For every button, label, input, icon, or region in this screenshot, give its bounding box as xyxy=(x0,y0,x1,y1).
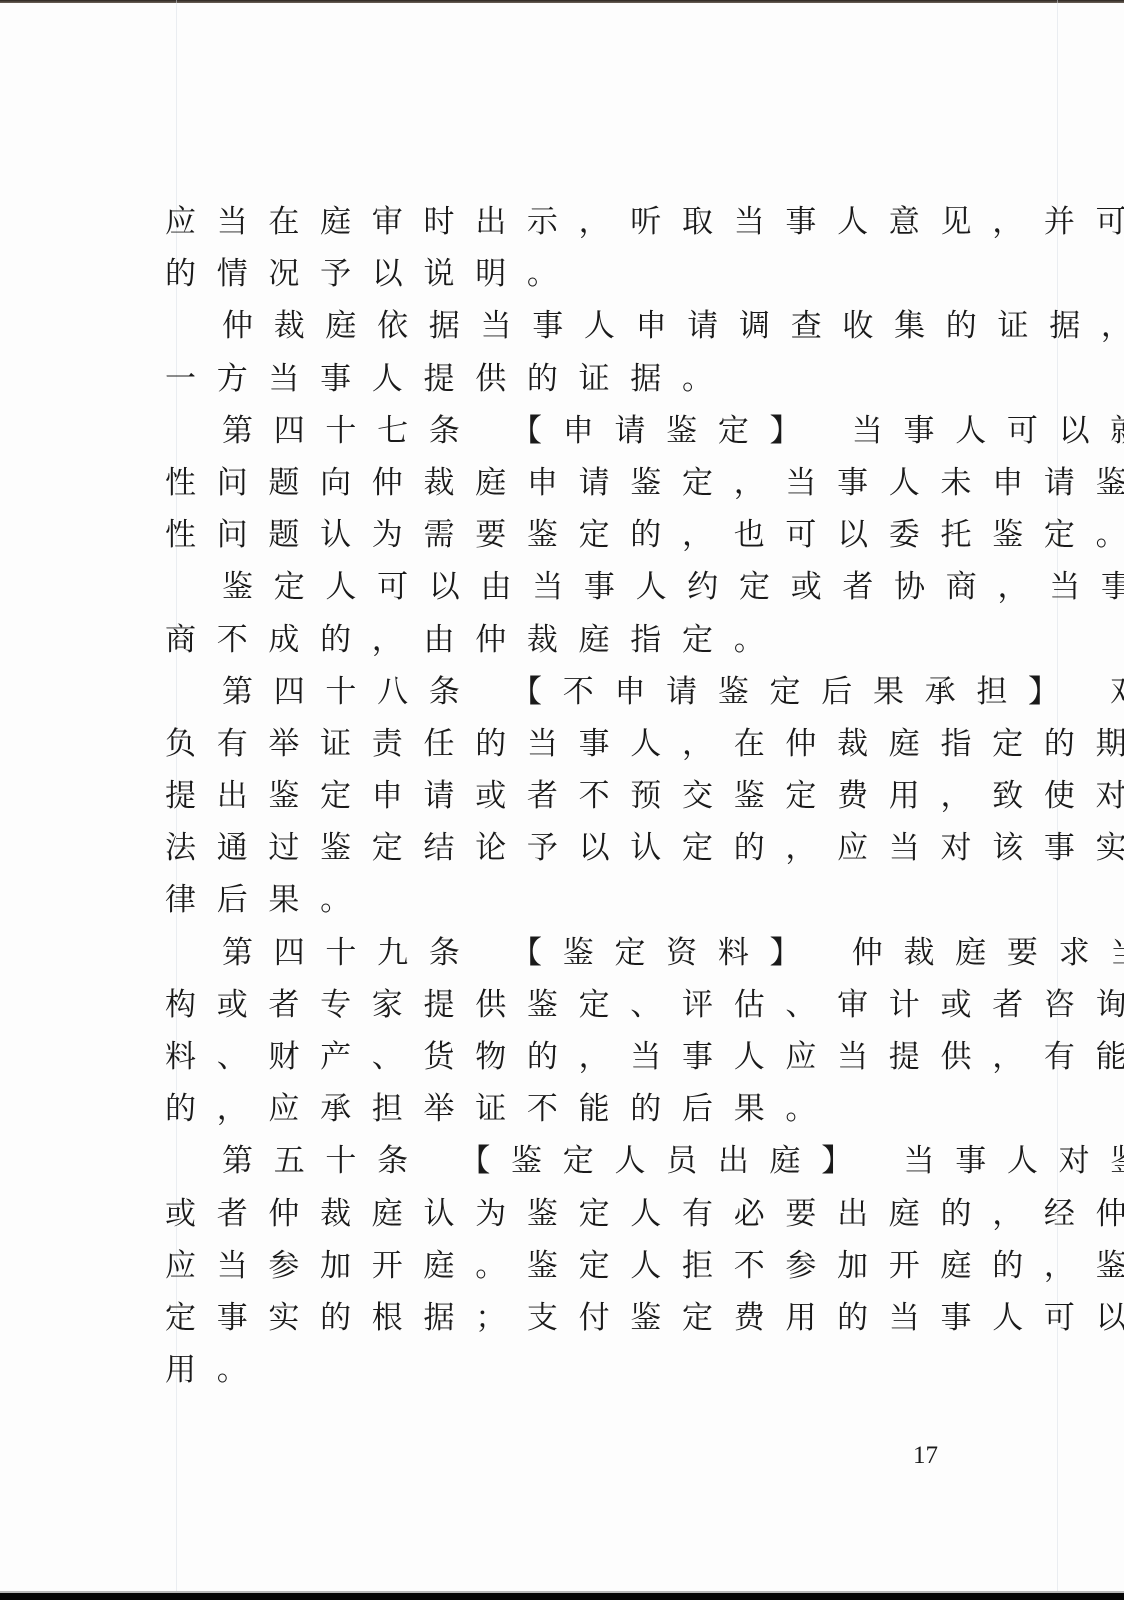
document-body: 应当在庭审时出示，听取当事人意见，并可就调查收集该证据 的情况予以说明。 仲裁庭… xyxy=(165,196,965,1396)
article-48-heading-line: 第四十八条 【不申请鉴定后果承担】 对需要鉴定的事项 xyxy=(165,666,965,718)
text-line: 提出鉴定申请或者不预交鉴定费用，致使对案件争议的事实无 xyxy=(165,770,965,822)
paragraph-start-line: 仲裁庭依据当事人申请调查收集的证据，作为提出申请的 xyxy=(165,300,965,352)
text-line: 用。 xyxy=(165,1344,965,1396)
text-line: 性问题认为需要鉴定的，也可以委托鉴定。 xyxy=(165,509,965,561)
text-line: 性问题向仲裁庭申请鉴定，当事人未申请鉴定，仲裁庭对专门 xyxy=(165,457,965,509)
text-line: 法通过鉴定结论予以认定的，应当对该事实承担举证不利的法 xyxy=(165,822,965,874)
text-line: 或者仲裁庭认为鉴定人有必要出庭的，经仲裁庭通知，鉴定人 xyxy=(165,1188,965,1240)
scan-top-edge xyxy=(0,0,1124,3)
text-line: 定事实的根据；支付鉴定费用的当事人可以要求返还鉴定费 xyxy=(165,1292,965,1344)
scanned-page: 应当在庭审时出示，听取当事人意见，并可就调查收集该证据 的情况予以说明。 仲裁庭… xyxy=(0,0,1124,1600)
text-line: 的情况予以说明。 xyxy=(165,248,965,300)
paragraph-start-line: 鉴定人可以由当事人约定或者协商，当事人未约定或者协 xyxy=(165,561,965,613)
page-number: 17 xyxy=(913,1442,938,1470)
article-49-heading-line: 第四十九条 【鉴定资料】 仲裁庭要求当事人向有关机 xyxy=(165,927,965,979)
text-line: 的，应承担举证不能的后果。 xyxy=(165,1083,965,1135)
text-line: 一方当事人提供的证据。 xyxy=(165,353,965,405)
article-47-heading-line: 第四十七条 【申请鉴定】 当事人可以就查明事实的专门 xyxy=(165,405,965,457)
text-line: 商不成的，由仲裁庭指定。 xyxy=(165,614,965,666)
article-50-heading-line: 第五十条 【鉴定人员出庭】 当事人对鉴定意见有异议 xyxy=(165,1135,965,1187)
text-line: 料、财产、货物的，当事人应当提供，有能力提供而拒不提供 xyxy=(165,1031,965,1083)
text-line: 负有举证责任的当事人，在仲裁庭指定的期限内无正当理由不 xyxy=(165,718,965,770)
text-line: 律后果。 xyxy=(165,874,965,926)
text-line: 应当参加开庭。鉴定人拒不参加开庭的，鉴定意见不得作为认 xyxy=(165,1240,965,1292)
scan-bottom-edge xyxy=(0,1593,1124,1600)
text-line: 应当在庭审时出示，听取当事人意见，并可就调查收集该证据 xyxy=(165,196,965,248)
text-line: 构或者专家提供鉴定、评估、审计或者咨询所需要的文件、资 xyxy=(165,979,965,1031)
